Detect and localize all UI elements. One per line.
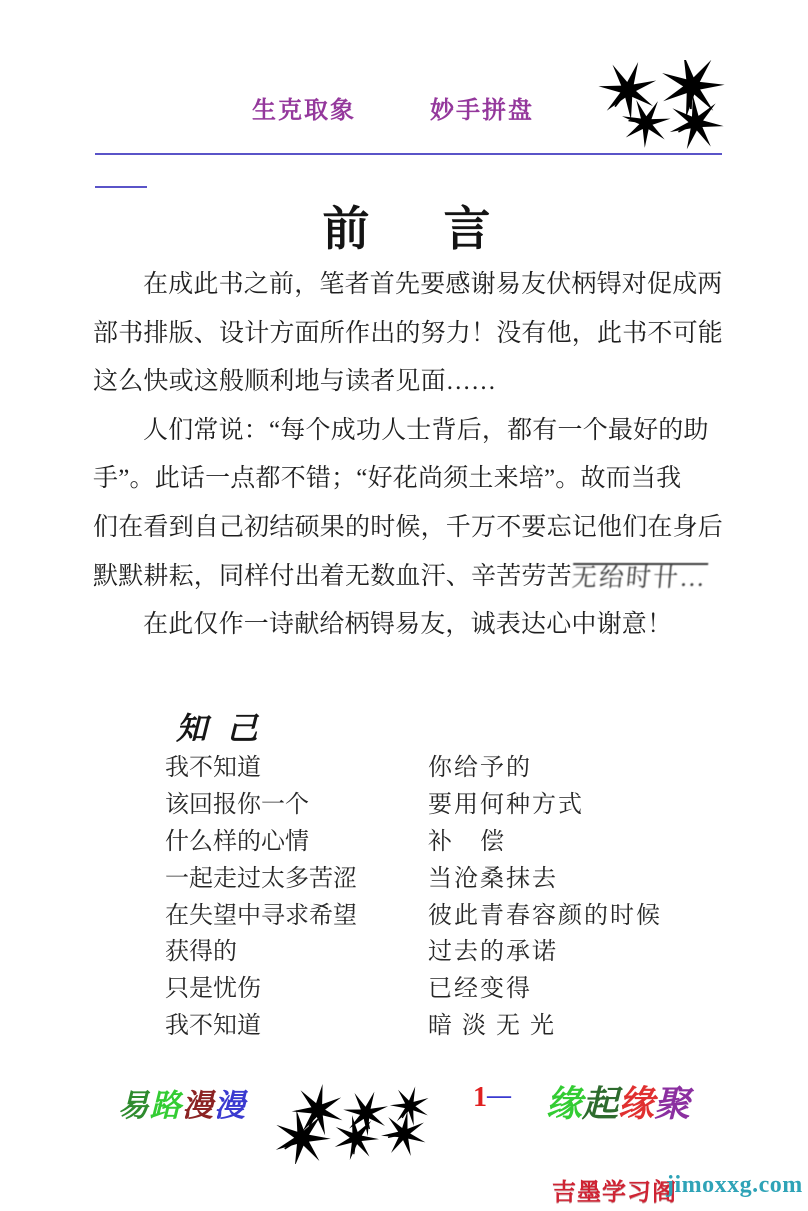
poem-row: 我不知道你给予的 xyxy=(165,750,725,787)
footer-brand-right: 缘起缘聚 xyxy=(546,1076,690,1127)
page-number-value: 1 xyxy=(473,1082,487,1113)
preface-body: 在成此书之前，笔者首先要感谢易友伏柄锝对促成两 部书排版、设计方面所作出的努力！… xyxy=(93,261,733,650)
brand-char: 易 xyxy=(118,1088,150,1123)
body-line-glitched-text: 无绐时卄… xyxy=(570,555,709,604)
header-subtitle-left: 生克取象 xyxy=(252,90,356,125)
maple-leaves-bottom-icon xyxy=(270,1080,452,1164)
maple-leaves-top-icon xyxy=(588,60,736,152)
book-page: 生克取象 妙手拼盘 前言 在成此书之前，笔者首先要感谢易友伏柄锝对促成两 部书排… xyxy=(0,0,808,1211)
brand-char: 缘 xyxy=(546,1084,582,1124)
footer-brand-left: 易路漫漫 xyxy=(118,1080,246,1125)
page-number: 1— xyxy=(473,1082,511,1114)
body-line: 人们常说：“每个成功人士背后，都有一个最好的助 xyxy=(93,407,733,456)
poem-row: 一起走过太多苦涩当沧桑抹去 xyxy=(165,861,725,898)
body-line-text: 这么快或这般顺利地与读者见面…… xyxy=(93,368,496,395)
poem-cell-right: 补 偿 xyxy=(428,824,506,861)
poem-cell-right: 彼此青春容颜的时候 xyxy=(428,898,662,935)
page-number-dash: — xyxy=(487,1083,511,1109)
body-line-text: 在成此书之前，笔者首先要感谢易友伏柄锝对促成两 xyxy=(143,271,723,298)
body-line: 这么快或这般顺利地与读者见面…… xyxy=(93,358,733,407)
header-rule-short xyxy=(95,186,147,188)
body-line: 在此仅作一诗献给柄锝易友，诚表达心中谢意！ xyxy=(93,601,733,650)
poem-cell-left: 什么样的心情 xyxy=(165,824,428,861)
body-line: 们在看到自己初结硕果的时候，千万不要忘记他们在身后 xyxy=(93,504,733,553)
poem-cell-right: 你给予的 xyxy=(428,750,532,787)
brand-char: 路 xyxy=(150,1088,182,1123)
poem-row: 获得的过去的承诺 xyxy=(165,934,725,971)
poem-row: 什么样的心情补 偿 xyxy=(165,824,725,861)
poem-row: 该回报你一个要用何种方式 xyxy=(165,787,725,824)
poem-title: 知 己 xyxy=(176,703,264,748)
body-line-text: 部书排版、设计方面所作出的努力！没有他，此书不可能 xyxy=(93,320,723,347)
body-line-text: 默默耕耘，同样付出着无数血汗、辛苦劳苦 xyxy=(93,563,572,590)
poem-row: 在失望中寻求希望彼此青春容颜的时候 xyxy=(165,898,725,935)
body-line: 在成此书之前，笔者首先要感谢易友伏柄锝对促成两 xyxy=(93,261,733,310)
poem-cell-left: 我不知道 xyxy=(165,750,428,787)
page-title-char-left: 前 xyxy=(323,204,370,256)
body-line: 默默耕耘，同样付出着无数血汗、辛苦劳苦无绐时卄… xyxy=(93,553,733,602)
brand-char: 聚 xyxy=(654,1084,690,1124)
poem-block: 我不知道你给予的 该回报你一个要用何种方式 什么样的心情补 偿 一起走过太多苦涩… xyxy=(165,750,725,1045)
body-line-text: 手”。此话一点都不错；“好花尚须土来培”。故而当我 xyxy=(93,465,681,492)
poem-cell-right: 暗 淡 无 光 xyxy=(428,1008,556,1045)
poem-cell-right: 要用何种方式 xyxy=(428,787,584,824)
poem-cell-right: 当沧桑抹去 xyxy=(428,861,558,898)
poem-cell-left: 只是忧伤 xyxy=(165,971,428,1008)
brand-char: 缘 xyxy=(618,1084,654,1124)
brand-char: 起 xyxy=(582,1084,618,1124)
header-subtitle-right: 妙手拼盘 xyxy=(430,90,534,125)
body-line-text: 人们常说：“每个成功人士背后，都有一个最好的助 xyxy=(143,417,709,444)
poem-cell-left: 该回报你一个 xyxy=(165,787,428,824)
poem-cell-left: 一起走过太多苦涩 xyxy=(165,861,428,898)
poem-cell-left: 我不知道 xyxy=(165,1008,428,1045)
watermark-site-url: jimoxxg.com xyxy=(666,1172,803,1199)
watermark-site-name: 吉墨学习阁 xyxy=(552,1172,677,1207)
header-rule xyxy=(95,153,722,155)
page-title-char-right: 言 xyxy=(444,204,491,256)
body-line: 手”。此话一点都不错；“好花尚须土来培”。故而当我 xyxy=(93,455,733,504)
page-title: 前言 xyxy=(93,192,720,259)
body-line-text: 们在看到自己初结硕果的时候，千万不要忘记他们在身后 xyxy=(93,514,723,541)
body-line: 部书排版、设计方面所作出的努力！没有他，此书不可能 xyxy=(93,310,733,359)
body-line-text: 在此仅作一诗献给柄锝易友，诚表达心中谢意！ xyxy=(143,611,672,638)
brand-char: 漫 xyxy=(214,1088,246,1123)
poem-row: 只是忧伤已经变得 xyxy=(165,971,725,1008)
brand-char: 漫 xyxy=(182,1088,214,1123)
poem-cell-left: 获得的 xyxy=(165,934,428,971)
poem-row: 我不知道暗 淡 无 光 xyxy=(165,1008,725,1045)
poem-cell-right: 过去的承诺 xyxy=(428,934,558,971)
poem-cell-right: 已经变得 xyxy=(428,971,532,1008)
poem-cell-left: 在失望中寻求希望 xyxy=(165,898,428,935)
